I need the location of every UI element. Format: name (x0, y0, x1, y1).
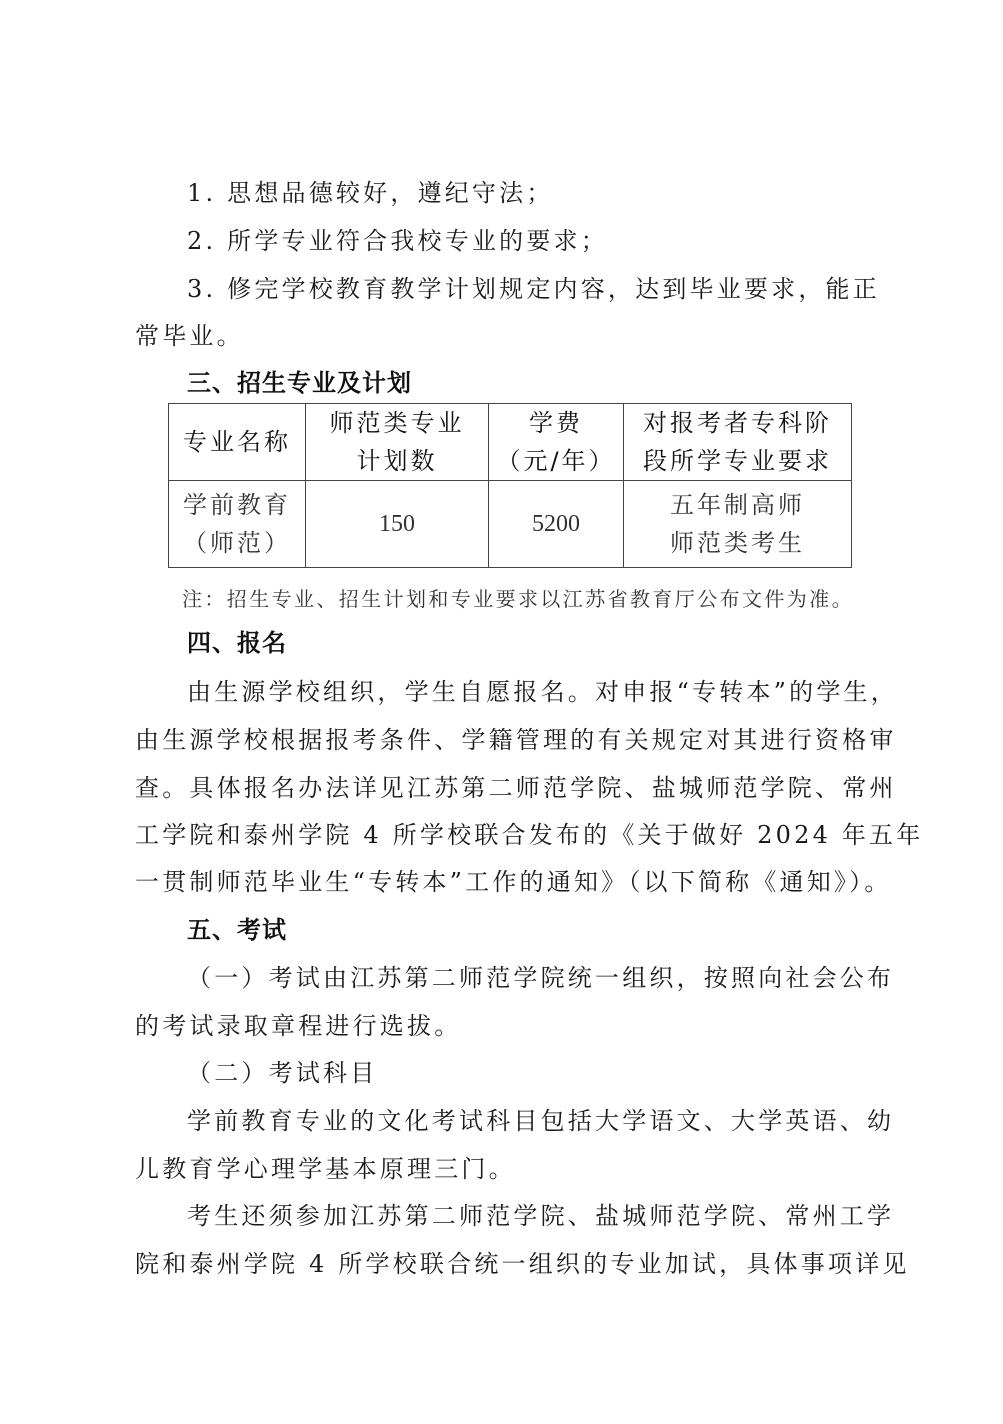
enrollment-plan-table: 专业名称 师范类专业 计划数 学费 （元/年） 对报考者专科阶 段所学专业要求 … (168, 403, 852, 568)
section-4-line-5: 一贯制师范毕业生“专转本”工作的通知》（以下简称《通知》）。 (135, 867, 892, 897)
header-requirement: 对报考者专科阶 段所学专业要求 (624, 404, 852, 481)
section-5-line-7: 院和泰州学院 4 所学校联合统一组织的专业加试，具体事项详见 (135, 1249, 910, 1279)
header-major: 专业名称 (169, 404, 306, 481)
table-note: 注：招生专业、招生计划和专业要求以江苏省教育厅公布文件为准。 (182, 585, 854, 613)
header-tuition: 学费 （元/年） (489, 404, 624, 481)
section-4-line-2: 由生源学校根据报考条件、学籍管理的有关规定对其进行资格审 (135, 725, 897, 755)
section-3-heading: 三、招生专业及计划 (187, 368, 412, 398)
section-4-line-1: 由生源学校组织，学生自愿报名。对申报“专转本”的学生， (187, 677, 898, 707)
section-5-line-2: 的考试录取章程进行选拔。 (135, 1011, 461, 1041)
condition-3-continued: 常毕业。 (135, 321, 244, 351)
table-header-row: 专业名称 师范类专业 计划数 学费 （元/年） 对报考者专科阶 段所学专业要求 (169, 404, 852, 481)
section-5-heading: 五、考试 (187, 915, 287, 945)
section-5-line-4: 学前教育专业的文化考试科目包括大学语文、大学英语、幼 (187, 1106, 894, 1136)
section-4-heading: 四、报名 (187, 628, 287, 658)
section-5-line-5: 儿教育学心理学基本原理三门。 (135, 1154, 516, 1184)
table-row: 学前教育 （师范） 150 5200 五年制高师 师范类考生 (169, 481, 852, 568)
section-4-line-3: 查。具体报名办法详见江苏第二师范学院、盐城师范学院、常州 (135, 773, 897, 803)
cell-major: 学前教育 （师范） (169, 481, 306, 568)
cell-plan-count: 150 (306, 481, 489, 568)
document-page: 1. 思想品德较好，遵纪守法； 2. 所学专业符合我校专业的要求； 3. 修完学… (0, 0, 1003, 1424)
section-4-line-4: 工学院和泰州学院 4 所学校联合发布的《关于做好 2024 年五年 (135, 820, 923, 850)
header-plan-count: 师范类专业 计划数 (306, 404, 489, 481)
condition-3: 3. 修完学校教育教学计划规定内容，达到毕业要求，能正 (187, 274, 880, 304)
section-5-line-1: （一）考试由江苏第二师范学院统一组织，按照向社会公布 (187, 963, 894, 993)
condition-1: 1. 思想品德较好，遵纪守法； (187, 178, 554, 208)
section-5-line-6: 考生还须参加江苏第二师范学院、盐城师范学院、常州工学 (187, 1201, 894, 1231)
cell-requirement: 五年制高师 师范类考生 (624, 481, 852, 568)
section-5-subheading-2: （二）考试科目 (187, 1058, 377, 1088)
condition-2: 2. 所学专业符合我校专业的要求； (187, 226, 608, 256)
cell-tuition: 5200 (489, 481, 624, 568)
